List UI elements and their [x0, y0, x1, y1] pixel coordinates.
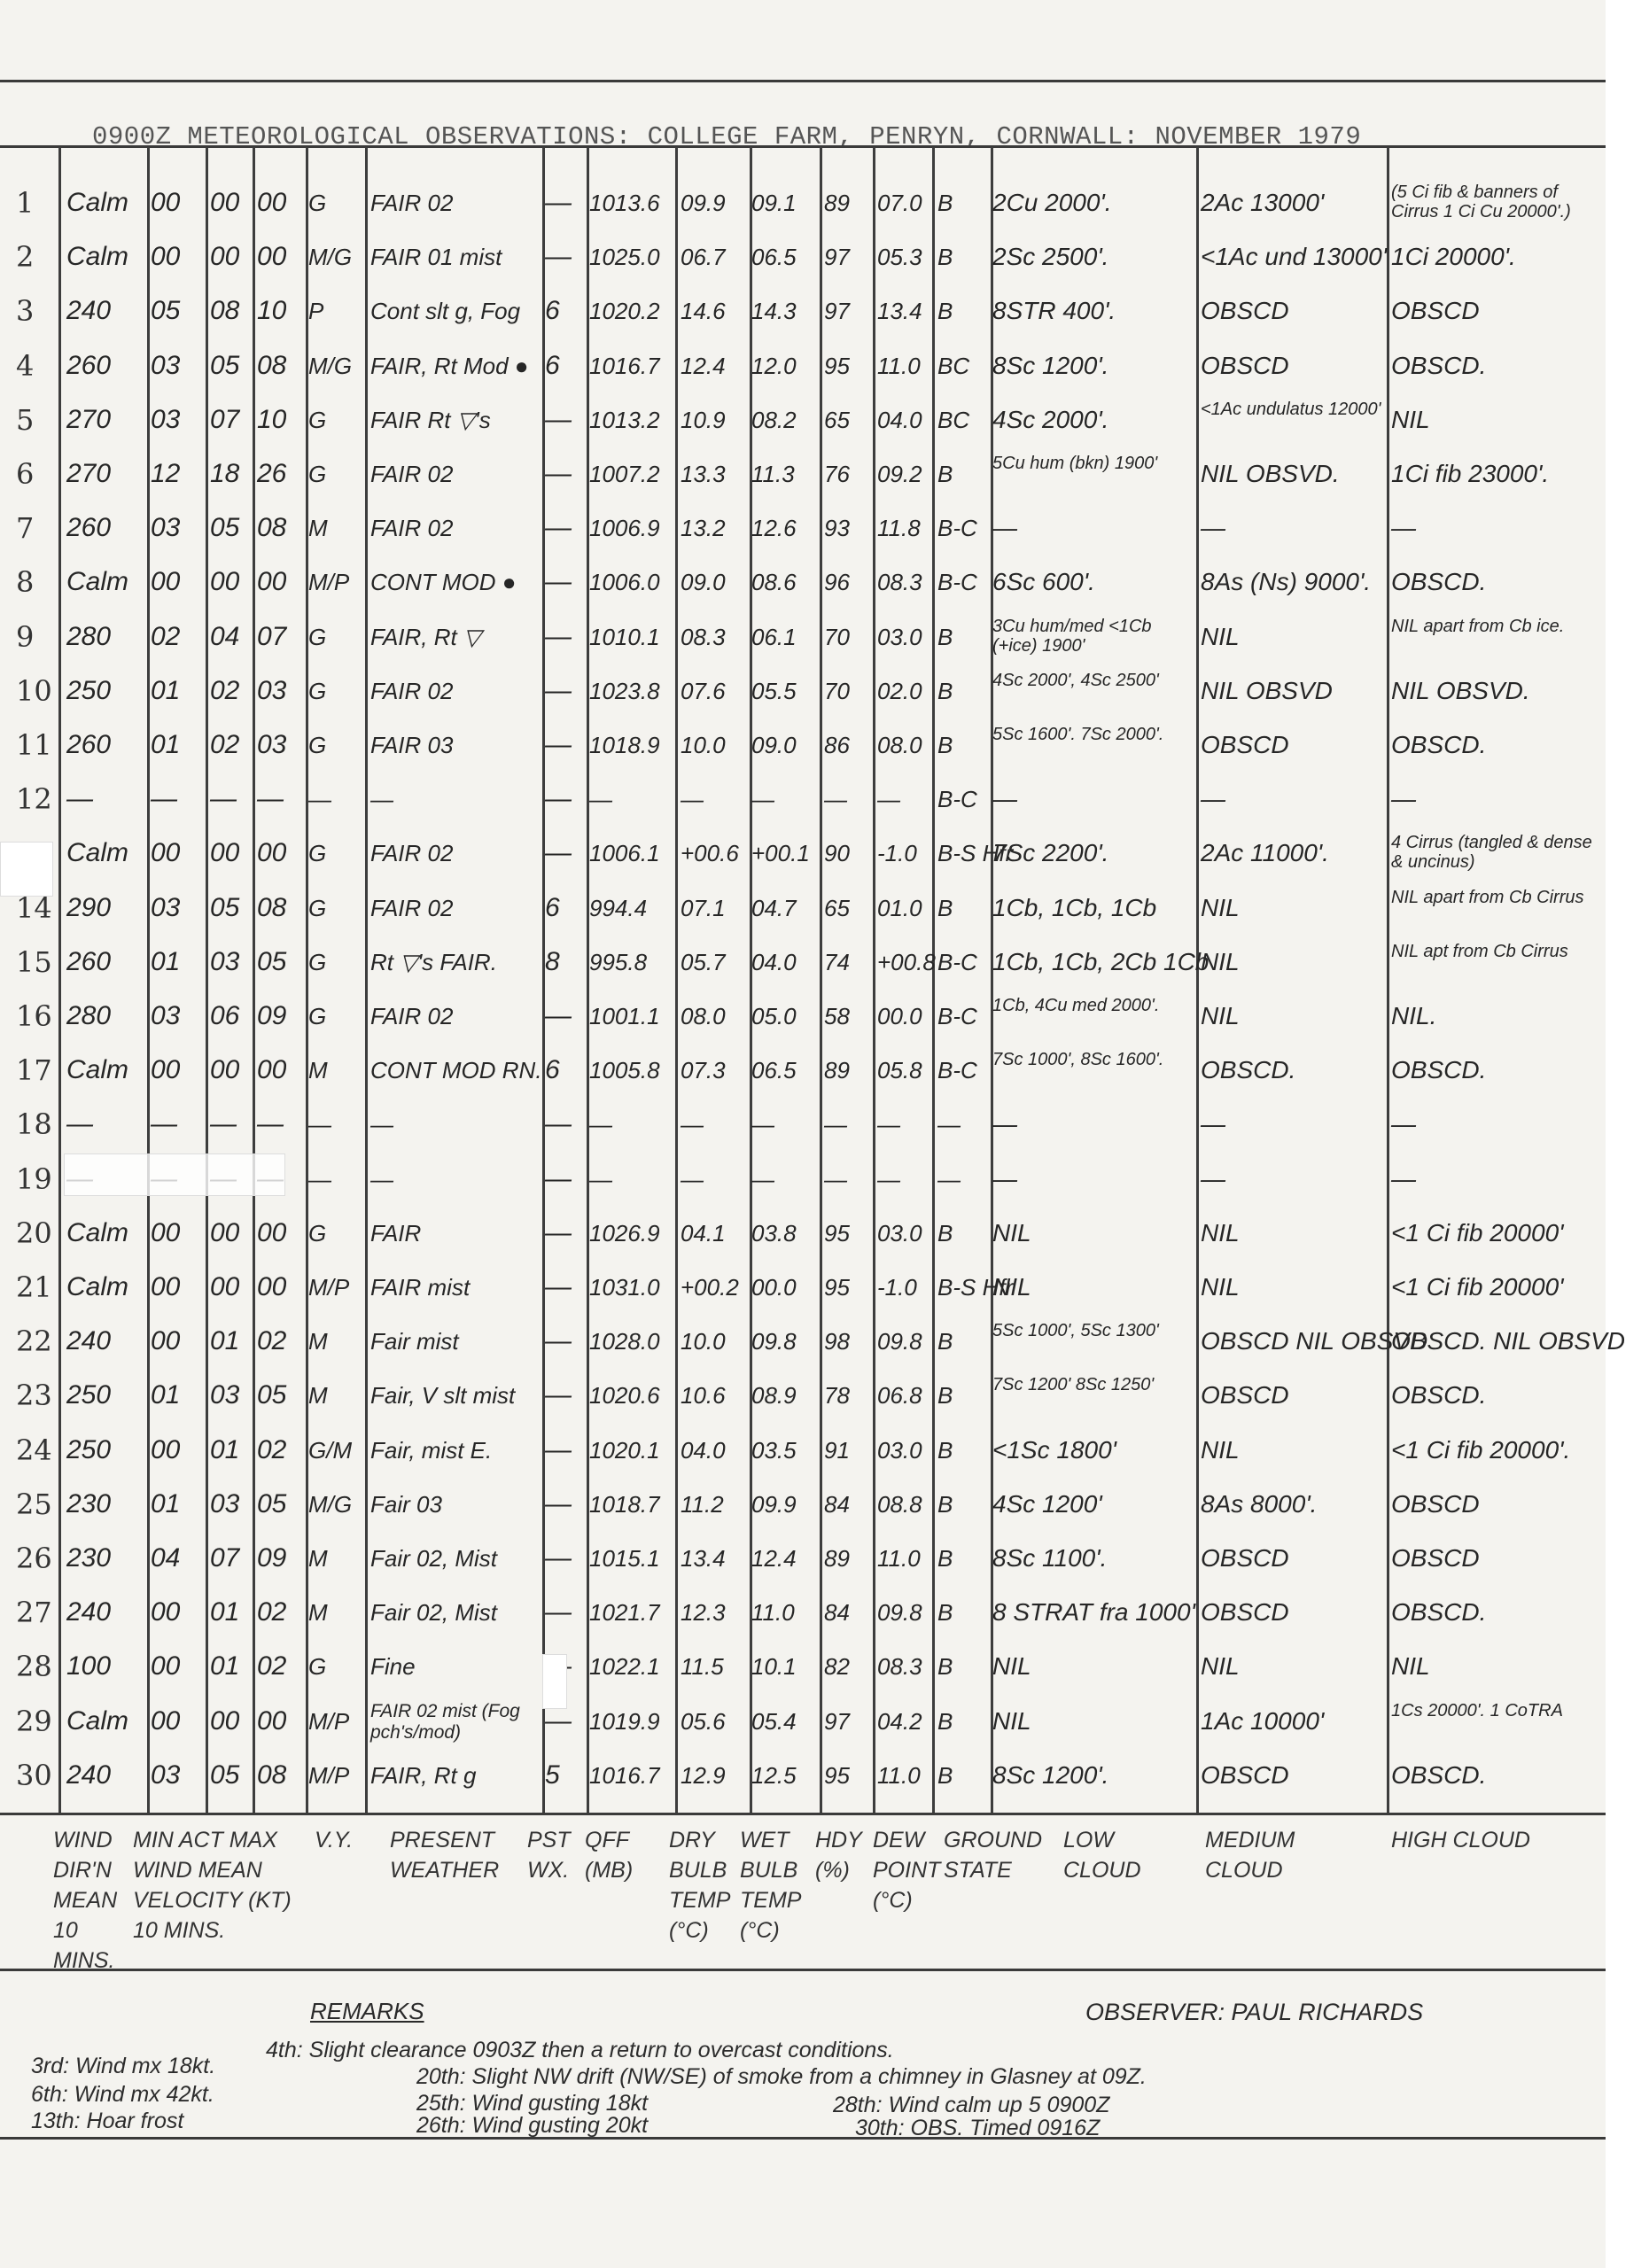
- cell-high: OBSCD.: [1391, 1587, 1599, 1638]
- cell-act: 03: [210, 1370, 256, 1421]
- cell-ground: B: [937, 1316, 989, 1367]
- cell-pst: 6: [545, 285, 585, 337]
- cell-qff: 1020.1: [589, 1425, 678, 1476]
- cell-act: 02: [210, 665, 256, 717]
- cell-qff: 1018.7: [589, 1479, 678, 1530]
- cell-vy: G: [308, 882, 363, 934]
- legend-wx: Present Weather: [390, 1825, 505, 1885]
- cell-dir: 270: [66, 394, 144, 446]
- cell-ground: B: [937, 1479, 989, 1530]
- cell-day: 12: [16, 773, 60, 825]
- cell-hdy: 90: [824, 827, 870, 879]
- cell-high: NIL: [1391, 1641, 1599, 1692]
- cell-wx: Cont slt g, Fog: [370, 285, 539, 337]
- cell-dir: 240: [66, 1587, 144, 1638]
- cell-min: 01: [151, 1479, 202, 1530]
- cell-wx: FAIR, Rt Mod ●: [370, 340, 539, 392]
- cell-dew: -1.0: [877, 1262, 932, 1313]
- cell-wx: FAIR 02: [370, 448, 539, 500]
- cell-wx: Fair mist: [370, 1316, 539, 1367]
- cell-pst: —: [545, 1370, 585, 1421]
- cell-dir: 260: [66, 936, 144, 988]
- cell-wx: Fair 03: [370, 1479, 539, 1530]
- cell-dir: Calm: [66, 1696, 144, 1747]
- cell-min: 00: [151, 827, 202, 879]
- cell-max: 02: [257, 1425, 306, 1476]
- cell-ground: BC: [937, 394, 989, 446]
- cell-dew: 13.4: [877, 285, 932, 337]
- cell-high: 1Cs 20000'. 1 CoTRA: [1391, 1696, 1599, 1752]
- cell-dry: 10.6: [681, 1370, 750, 1421]
- cell-vy: M/G: [308, 1479, 363, 1530]
- cell-max: 00: [257, 827, 306, 879]
- cell-qff: 1020.6: [589, 1370, 678, 1421]
- cell-min: 05: [151, 285, 202, 337]
- cell-pst: —: [545, 990, 585, 1042]
- cell-max: 02: [257, 1641, 306, 1692]
- cell-dir: 230: [66, 1533, 144, 1584]
- cell-qff: 1018.9: [589, 719, 678, 771]
- cell-pst: —: [545, 502, 585, 554]
- table-row: 25230010305M/GFair 03—1018.711.209.98408…: [0, 1479, 1606, 1530]
- cell-day: 15: [16, 936, 60, 988]
- cell-vy: G: [308, 1208, 363, 1259]
- cell-dew: 08.0: [877, 719, 932, 771]
- cell-wx: CONT MOD ●: [370, 556, 539, 608]
- legend-dir: Wind Dir'n Mean 10 mins.: [53, 1825, 124, 1976]
- cell-hdy: 70: [824, 665, 870, 717]
- cell-day: 24: [16, 1425, 60, 1476]
- cell-pst: —: [545, 1425, 585, 1476]
- cell-min: 01: [151, 936, 202, 988]
- cell-wet: 09.9: [751, 1479, 818, 1530]
- cell-ground: B: [937, 448, 989, 500]
- cell-dry: 08.0: [681, 990, 750, 1042]
- cell-med: OBSCD: [1201, 719, 1387, 771]
- cell-qff: 1006.1: [589, 827, 678, 879]
- cell-dir: 250: [66, 665, 144, 717]
- cell-min: 00: [151, 1208, 202, 1259]
- correction-patch: [542, 1654, 567, 1709]
- cell-dew: 03.0: [877, 1208, 932, 1259]
- cell-hdy: 58: [824, 990, 870, 1042]
- cell-ground: B: [937, 1208, 989, 1259]
- cell-dry: 12.3: [681, 1587, 750, 1638]
- cell-ground: B: [937, 611, 989, 663]
- cell-dry: +00.2: [681, 1262, 750, 1313]
- cell-pst: 6: [545, 1045, 585, 1096]
- cell-wx: FAIR: [370, 1208, 539, 1259]
- cell-med: NIL OBSVD: [1201, 665, 1387, 717]
- cell-act: 00: [210, 556, 256, 608]
- cell-wx: FAIR 02: [370, 827, 539, 879]
- cell-med: NIL: [1201, 990, 1387, 1042]
- cell-low: NIL: [992, 1696, 1196, 1747]
- cell-wet: 08.6: [751, 556, 818, 608]
- legend-pst: Pst Wx.: [527, 1825, 580, 1885]
- cell-dir: Calm: [66, 231, 144, 283]
- cell-day: 26: [16, 1533, 60, 1584]
- cell-min: —: [151, 1099, 202, 1150]
- cell-day: 4: [16, 340, 60, 392]
- cell-med: OBSCD: [1201, 1533, 1387, 1584]
- cell-act: 01: [210, 1316, 256, 1367]
- legend-low: Low Cloud: [1063, 1825, 1152, 1885]
- cell-qff: 1016.7: [589, 340, 678, 392]
- cell-med: —: [1201, 773, 1387, 825]
- cell-low: 3Cu hum/med <1Cb (+ice) 1900': [992, 611, 1196, 668]
- cell-vy: M/P: [308, 556, 363, 608]
- cell-wx: FAIR 02: [370, 665, 539, 717]
- cell-dry: 10.0: [681, 1316, 750, 1367]
- cell-low: —: [992, 773, 1196, 825]
- cell-ground: B-S Hfr: [937, 1262, 989, 1313]
- cell-max: 05: [257, 1479, 306, 1530]
- observation-sheet: 0900Z METEOROLOGICAL OBSERVATIONS: COLLE…: [0, 0, 1606, 2268]
- cell-vy: M: [308, 1316, 363, 1367]
- cell-ground: —: [937, 1099, 989, 1150]
- cell-hdy: 82: [824, 1641, 870, 1692]
- cell-qff: —: [589, 773, 678, 825]
- cell-pst: —: [545, 1479, 585, 1530]
- legend-med: Medium Cloud: [1205, 1825, 1320, 1885]
- cell-wet: 12.4: [751, 1533, 818, 1584]
- cell-dir: Calm: [66, 177, 144, 229]
- cell-pst: —: [545, 1587, 585, 1638]
- cell-hdy: 95: [824, 1750, 870, 1801]
- table-row: 26230040709MFair 02, Mist—1015.113.412.4…: [0, 1533, 1606, 1584]
- cell-high: NIL OBSVD.: [1391, 665, 1599, 717]
- cell-wet: 09.8: [751, 1316, 818, 1367]
- cell-dry: 10.9: [681, 394, 750, 446]
- cell-act: 01: [210, 1587, 256, 1638]
- table-row: 23250010305MFair, V slt mist—1020.610.60…: [0, 1370, 1606, 1421]
- cell-max: 08: [257, 502, 306, 554]
- top-rule: [0, 80, 1606, 82]
- cell-dir: 290: [66, 882, 144, 934]
- cell-high: OBSCD. NIL OBSVD: [1391, 1316, 1599, 1367]
- cell-dry: 09.9: [681, 177, 750, 229]
- cell-day: 2: [16, 231, 60, 283]
- cell-high: <1 Ci fib 20000'.: [1391, 1425, 1599, 1476]
- cell-act: 04: [210, 611, 256, 663]
- cell-low: 1Cb, 4Cu med 2000'.: [992, 990, 1196, 1047]
- cell-min: 04: [151, 1533, 202, 1584]
- cell-dew: 09.8: [877, 1316, 932, 1367]
- cell-dry: 09.0: [681, 556, 750, 608]
- cell-low: —: [992, 1153, 1196, 1205]
- cell-day: 6: [16, 448, 60, 500]
- cell-vy: G: [308, 611, 363, 663]
- cell-wet: 04.0: [751, 936, 818, 988]
- cell-ground: B: [937, 285, 989, 337]
- cell-day: 8: [16, 556, 60, 608]
- table-row: 11260010203GFAIR 03—1018.910.009.08608.0…: [0, 719, 1606, 771]
- cell-pst: 6: [545, 340, 585, 392]
- cell-dew: —: [877, 1099, 932, 1150]
- cell-hdy: 65: [824, 882, 870, 934]
- cell-vy: —: [308, 1153, 363, 1205]
- cell-wx: FAIR Rt ▽'s: [370, 394, 539, 446]
- cell-wx: FAIR 02: [370, 502, 539, 554]
- cell-min: 03: [151, 990, 202, 1042]
- cell-day: 9: [16, 611, 60, 663]
- cell-low: 6Sc 600'.: [992, 556, 1196, 608]
- cell-ground: B-C: [937, 936, 989, 988]
- cell-dew: 08.3: [877, 1641, 932, 1692]
- remark-item: 4th: Slight clearance 0903Z then a retur…: [266, 2038, 894, 2063]
- cell-low: 7Sc 2200'.: [992, 827, 1196, 879]
- cell-act: 00: [210, 231, 256, 283]
- cell-low: NIL: [992, 1262, 1196, 1313]
- cell-hdy: 78: [824, 1370, 870, 1421]
- cell-day: 11: [16, 719, 60, 771]
- cell-hdy: 97: [824, 231, 870, 283]
- cell-min: 01: [151, 1370, 202, 1421]
- cell-pst: —: [545, 177, 585, 229]
- cell-qff: 1016.7: [589, 1750, 678, 1801]
- cell-wx: FAIR 02: [370, 177, 539, 229]
- cell-min: 01: [151, 665, 202, 717]
- cell-hdy: 74: [824, 936, 870, 988]
- cell-wx: CONT MOD RN.: [370, 1045, 539, 1096]
- cell-pst: —: [545, 665, 585, 717]
- remark-item: 13th: Hoar frost: [31, 2109, 183, 2134]
- cell-qff: —: [589, 1153, 678, 1205]
- cell-hdy: 89: [824, 1045, 870, 1096]
- cell-wx: FAIR, Rt ▽: [370, 611, 539, 663]
- cell-day: 23: [16, 1370, 60, 1421]
- cell-dew: 11.0: [877, 1750, 932, 1801]
- cell-qff: 1005.8: [589, 1045, 678, 1096]
- cell-wx: FAIR 02: [370, 882, 539, 934]
- table-row: 8Calm000000M/PCONT MOD ●—1006.009.008.69…: [0, 556, 1606, 608]
- cell-wet: —: [751, 1153, 818, 1205]
- cell-hdy: 70: [824, 611, 870, 663]
- table-row: 2Calm000000M/GFAIR 01 mist—1025.006.706.…: [0, 231, 1606, 283]
- cell-max: 05: [257, 1370, 306, 1421]
- cell-dew: 09.8: [877, 1587, 932, 1638]
- cell-med: OBSCD: [1201, 285, 1387, 337]
- cell-wx: FAIR, Rt g: [370, 1750, 539, 1801]
- cell-qff: 1015.1: [589, 1533, 678, 1584]
- cell-wet: 14.3: [751, 285, 818, 337]
- cell-dry: 11.5: [681, 1641, 750, 1692]
- cell-med: 2Ac 13000': [1201, 177, 1387, 229]
- cell-hdy: 89: [824, 1533, 870, 1584]
- cell-vy: M/P: [308, 1262, 363, 1313]
- cell-max: 26: [257, 448, 306, 500]
- cell-low: 5Sc 1000', 5Sc 1300': [992, 1316, 1196, 1372]
- cell-dry: 13.3: [681, 448, 750, 500]
- cell-pst: —: [545, 448, 585, 500]
- cell-ground: B: [937, 1587, 989, 1638]
- cell-med: OBSCD: [1201, 1587, 1387, 1638]
- cell-hdy: 91: [824, 1425, 870, 1476]
- cell-vy: M: [308, 1533, 363, 1584]
- cell-pst: —: [545, 1533, 585, 1584]
- cell-qff: 1010.1: [589, 611, 678, 663]
- cell-dew: 08.8: [877, 1479, 932, 1530]
- cell-wet: 12.0: [751, 340, 818, 392]
- cell-ground: B-C: [937, 556, 989, 608]
- cell-vy: G/M: [308, 1425, 363, 1476]
- cell-day: 18: [16, 1099, 60, 1150]
- cell-act: 18: [210, 448, 256, 500]
- cell-dir: 270: [66, 448, 144, 500]
- cell-high: OBSCD: [1391, 1479, 1599, 1530]
- cell-wet: 04.7: [751, 882, 818, 934]
- cell-dir: 240: [66, 1750, 144, 1801]
- cell-pst: —: [545, 394, 585, 446]
- cell-high: 1Ci fib 23000'.: [1391, 448, 1599, 500]
- cell-med: 2Ac 11000'.: [1201, 827, 1387, 879]
- cell-med: OBSCD NIL OBSVD: [1201, 1316, 1387, 1367]
- cell-act: 03: [210, 936, 256, 988]
- cell-qff: 1019.9: [589, 1696, 678, 1747]
- cell-dir: Calm: [66, 1045, 144, 1096]
- cell-wet: 11.3: [751, 448, 818, 500]
- cell-med: OBSCD: [1201, 1370, 1387, 1421]
- cell-dew: +00.8: [877, 936, 932, 988]
- cell-wet: 05.0: [751, 990, 818, 1042]
- cell-wx: Fair, V slt mist: [370, 1370, 539, 1421]
- cell-high: 1Ci 20000'.: [1391, 231, 1599, 283]
- cell-act: —: [210, 773, 256, 825]
- cell-vy: G: [308, 665, 363, 717]
- cell-max: 00: [257, 1262, 306, 1313]
- cell-qff: 1028.0: [589, 1316, 678, 1367]
- cell-vy: M/G: [308, 340, 363, 392]
- cell-hdy: —: [824, 1153, 870, 1205]
- remark-item: 6th: Wind mx 42kt.: [31, 2082, 214, 2108]
- cell-pst: —: [545, 773, 585, 825]
- header-rule: [0, 145, 1606, 148]
- cell-wx: FAIR 02 mist (Fog pch's/mod): [370, 1696, 539, 1752]
- cell-ground: B: [937, 882, 989, 934]
- cell-qff: 1013.6: [589, 177, 678, 229]
- cell-hdy: 95: [824, 340, 870, 392]
- cell-low: 8Sc 1200'.: [992, 1750, 1196, 1801]
- cell-min: 00: [151, 231, 202, 283]
- cell-high: <1 Ci fib 20000': [1391, 1208, 1599, 1259]
- cell-med: <1Ac undulatus 12000': [1201, 394, 1387, 451]
- table-row: 10250010203GFAIR 02—1023.807.605.57002.0…: [0, 665, 1606, 717]
- cell-max: 00: [257, 1045, 306, 1096]
- cell-max: 09: [257, 1533, 306, 1584]
- cell-dir: 260: [66, 502, 144, 554]
- cell-dry: 08.3: [681, 611, 750, 663]
- cell-hdy: 65: [824, 394, 870, 446]
- cell-low: 4Sc 2000'.: [992, 394, 1196, 446]
- cell-high: OBSCD.: [1391, 719, 1599, 771]
- table-row: 4260030508M/GFAIR, Rt Mod ●61016.712.412…: [0, 340, 1606, 392]
- cell-high: <1 Ci fib 20000': [1391, 1262, 1599, 1313]
- cell-high: —: [1391, 1099, 1599, 1150]
- cell-wet: 06.1: [751, 611, 818, 663]
- cell-wet: —: [751, 1099, 818, 1150]
- cell-vy: M: [308, 502, 363, 554]
- cell-max: 00: [257, 556, 306, 608]
- table-row: 27240000102MFair 02, Mist—1021.712.311.0…: [0, 1587, 1606, 1638]
- cell-act: 07: [210, 1533, 256, 1584]
- cell-wx: —: [370, 773, 539, 825]
- cell-dry: +00.6: [681, 827, 750, 879]
- cell-ground: B: [937, 719, 989, 771]
- cell-wet: +00.1: [751, 827, 818, 879]
- cell-ground: B-C: [937, 773, 989, 825]
- cell-dir: 280: [66, 990, 144, 1042]
- cell-pst: —: [545, 1208, 585, 1259]
- cell-med: NIL: [1201, 1208, 1387, 1259]
- cell-min: 02: [151, 611, 202, 663]
- cell-low: 7Sc 1000', 8Sc 1600'.: [992, 1045, 1196, 1101]
- cell-wet: 12.5: [751, 1750, 818, 1801]
- table-row: 5270030710GFAIR Rt ▽'s—1013.210.908.2650…: [0, 394, 1606, 446]
- cell-act: 05: [210, 1750, 256, 1801]
- cell-low: 8 STRAT fra 1000': [992, 1587, 1196, 1638]
- cell-low: 5Cu hum (bkn) 1900': [992, 448, 1196, 505]
- cell-ground: B-C: [937, 990, 989, 1042]
- cell-vy: G: [308, 394, 363, 446]
- cell-low: <1Sc 1800': [992, 1425, 1196, 1476]
- cell-day: 28: [16, 1641, 60, 1692]
- cell-pst: —: [545, 827, 585, 879]
- cell-wet: 12.6: [751, 502, 818, 554]
- cell-min: 00: [151, 177, 202, 229]
- cell-dir: 240: [66, 1316, 144, 1367]
- cell-wx: FAIR 03: [370, 719, 539, 771]
- cell-pst: —: [545, 1316, 585, 1367]
- table-row: 30240030508M/PFAIR, Rt g51016.712.912.59…: [0, 1750, 1606, 1801]
- cell-wx: Fair 02, Mist: [370, 1587, 539, 1638]
- cell-low: 7Sc 1200' 8Sc 1250': [992, 1370, 1196, 1426]
- cell-dry: —: [681, 773, 750, 825]
- cell-dir: —: [66, 773, 144, 825]
- cell-dir: Calm: [66, 1208, 144, 1259]
- cell-hdy: 84: [824, 1479, 870, 1530]
- cell-wet: 05.4: [751, 1696, 818, 1747]
- cell-high: —: [1391, 1153, 1599, 1205]
- cell-hdy: 86: [824, 719, 870, 771]
- cell-day: 19: [16, 1153, 60, 1205]
- cell-pst: 5: [545, 1750, 585, 1801]
- cell-dew: 11.0: [877, 1533, 932, 1584]
- table-row: 6270121826GFAIR 02—1007.213.311.37609.2B…: [0, 448, 1606, 500]
- cell-dry: 07.1: [681, 882, 750, 934]
- cell-vy: G: [308, 990, 363, 1042]
- cell-high: NIL apt from Cb Cirrus: [1391, 936, 1599, 993]
- cell-wet: 05.5: [751, 665, 818, 717]
- cell-vy: G: [308, 1641, 363, 1692]
- cell-act: 07: [210, 394, 256, 446]
- cell-dir: 250: [66, 1425, 144, 1476]
- table-row: 22240000102MFair mist—1028.010.009.89809…: [0, 1316, 1606, 1367]
- legend-hdy: Hdy (%): [815, 1825, 860, 1885]
- cell-act: 03: [210, 1479, 256, 1530]
- cell-wx: —: [370, 1099, 539, 1150]
- cell-day: 16: [16, 990, 60, 1042]
- cell-hdy: 95: [824, 1208, 870, 1259]
- cell-high: OBSCD: [1391, 285, 1599, 337]
- cell-qff: 1023.8: [589, 665, 678, 717]
- cell-act: 05: [210, 882, 256, 934]
- cell-min: 00: [151, 556, 202, 608]
- cell-day: 21: [16, 1262, 60, 1313]
- cell-pst: —: [545, 719, 585, 771]
- cell-high: —: [1391, 773, 1599, 825]
- cell-day: 30: [16, 1750, 60, 1801]
